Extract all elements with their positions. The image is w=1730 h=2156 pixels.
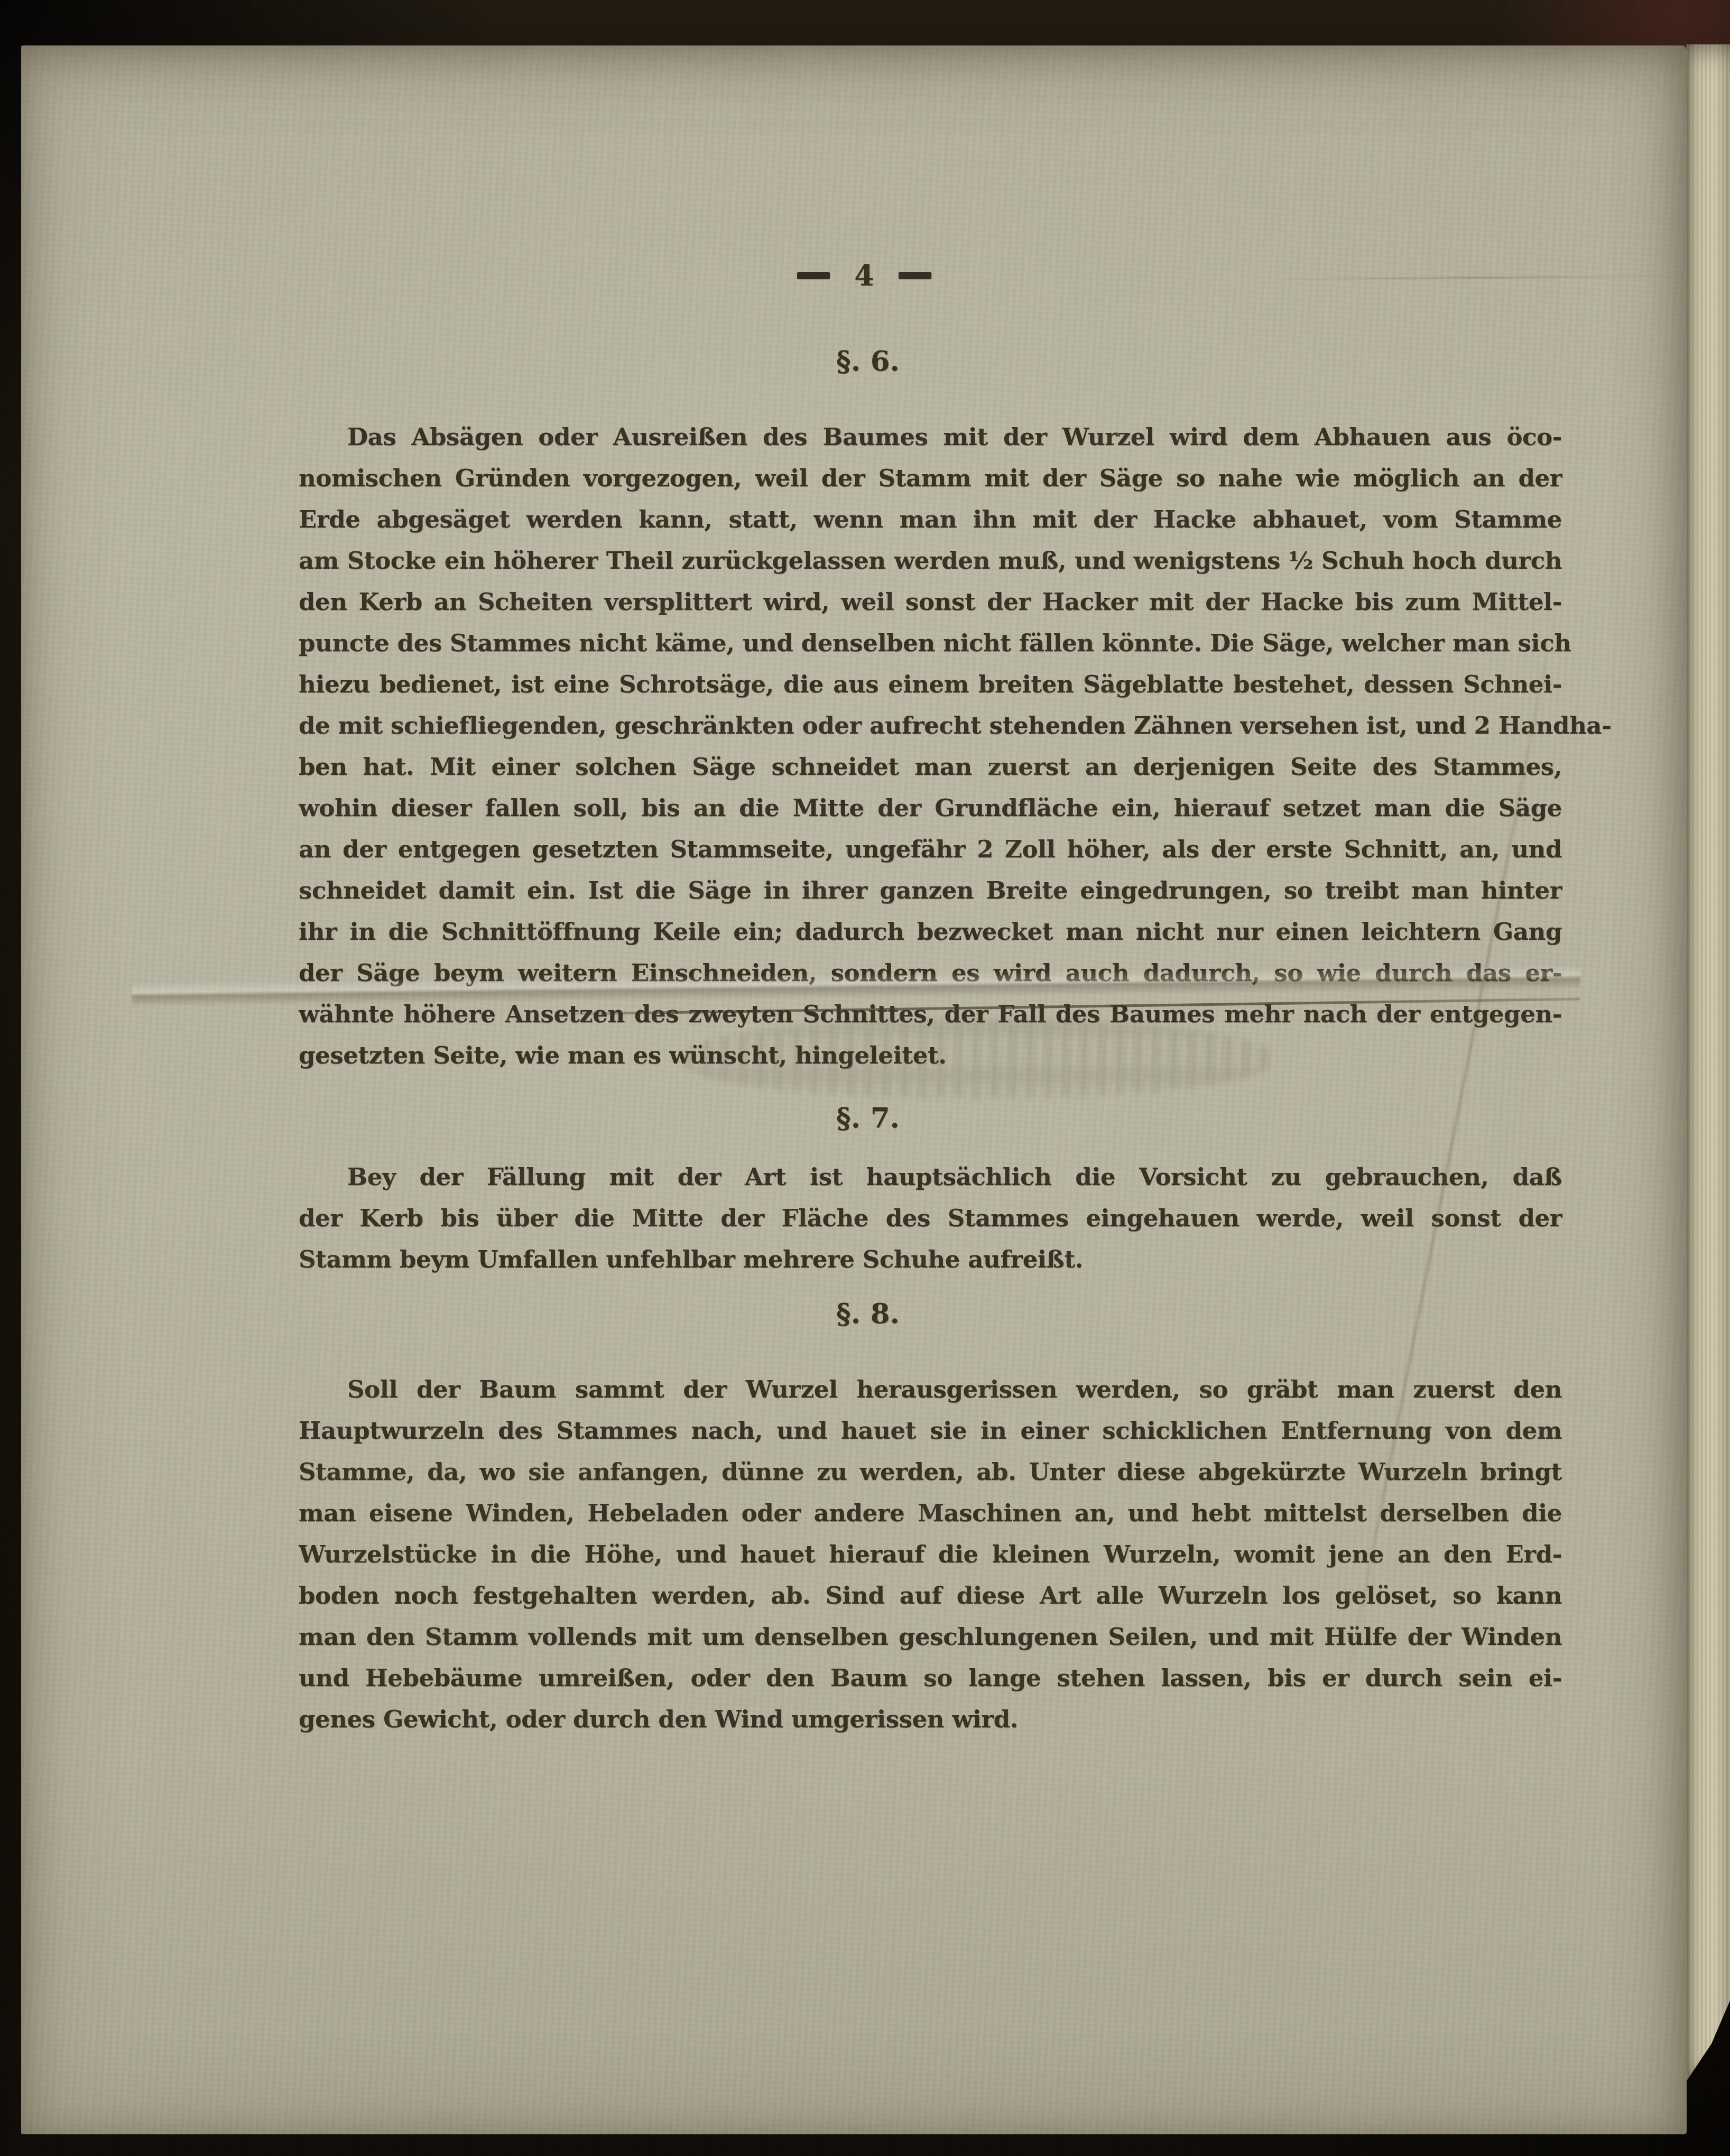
section-8-paragraph: Soll der Baum sammt der Wurzel herausger… [299,1369,1562,1740]
text-line: Erde abgesäget werden kann, statt, wenn … [299,499,1562,540]
section-6-paragraph: Das Absägen oder Ausreißen des Baumes mi… [299,417,1562,1076]
text-line: man den Stamm vollends mit um denselben … [299,1616,1562,1658]
text-line: den Kerb an Scheiten versplittert wird, … [299,581,1562,623]
text-line: genes Gewicht, oder durch den Wind umger… [299,1699,1562,1740]
text-line: Stamm beym Umfallen unfehlbar mehrere Sc… [299,1239,1562,1280]
text-line: wähnte höhere Ansetzen des zweyten Schni… [299,994,1562,1035]
text-line: man eisene Winden, Hebeladen oder andere… [299,1493,1562,1534]
text-line: Stamme, da, wo sie anfangen, dünne zu we… [299,1451,1562,1493]
text-line: Bey der Fällung mit der Art ist hauptsäc… [299,1156,1562,1198]
text-line: Wurzelstücke in die Höhe, und hauet hier… [299,1534,1562,1575]
text-line: puncte des Stammes nicht käme, und dense… [299,623,1562,664]
page-number: 4 [854,260,874,291]
text-line: ben hat. Mit einer solchen Säge schneide… [299,746,1562,788]
text-line: nomischen Gründen vorgezogen, weil der S… [299,458,1562,499]
text-line: Hauptwurzeln des Stammes nach, und hauet… [299,1410,1562,1451]
paper-crease-top [1263,275,1686,280]
text-line: gesetzten Seite, wie man es wünscht, hin… [299,1035,1562,1076]
text-line: an der entgegen gesetzten Stammseite, un… [299,829,1562,870]
document-page: 4 §. 6. Das Absägen oder Ausreißen des B… [21,45,1687,2134]
section-heading-8: §. 8. [236,1297,1500,1330]
page-number-rule-left [797,272,830,279]
text-line: am Stocke ein höherer Theil zurückgelass… [299,540,1562,581]
text-line: de mit schiefliegenden, geschränkten ode… [299,705,1562,746]
scan-background: 4 §. 6. Das Absägen oder Ausreißen des B… [0,0,1730,2156]
section-7-paragraph: Bey der Fällung mit der Art ist hauptsäc… [299,1156,1562,1280]
text-line: der Kerb bis über die Mitte der Fläche d… [299,1198,1562,1239]
text-line: ihr in die Schnittöffnung Keile ein; dad… [299,911,1562,952]
text-line: der Säge beym weitern Einschneiden, sond… [299,952,1562,994]
text-line: Das Absägen oder Ausreißen des Baumes mi… [299,417,1562,458]
text-line: wohin dieser fallen soll, bis an die Mit… [299,788,1562,829]
section-heading-7: §. 7. [236,1102,1500,1134]
book-page-edge-stack [1687,44,1730,2089]
text-line: Soll der Baum sammt der Wurzel herausger… [299,1369,1562,1410]
section-heading-6: §. 6. [236,345,1500,377]
page-number-row: 4 [769,257,959,294]
text-line: boden noch festgehalten werden, ab. Sind… [299,1575,1562,1616]
text-line: hiezu bedienet, ist eine Schrotsäge, die… [299,664,1562,705]
text-line: und Hebebäume umreißen, oder den Baum so… [299,1658,1562,1699]
text-line: schneidet damit ein. Ist die Säge in ihr… [299,870,1562,911]
page-number-rule-right [899,272,931,279]
